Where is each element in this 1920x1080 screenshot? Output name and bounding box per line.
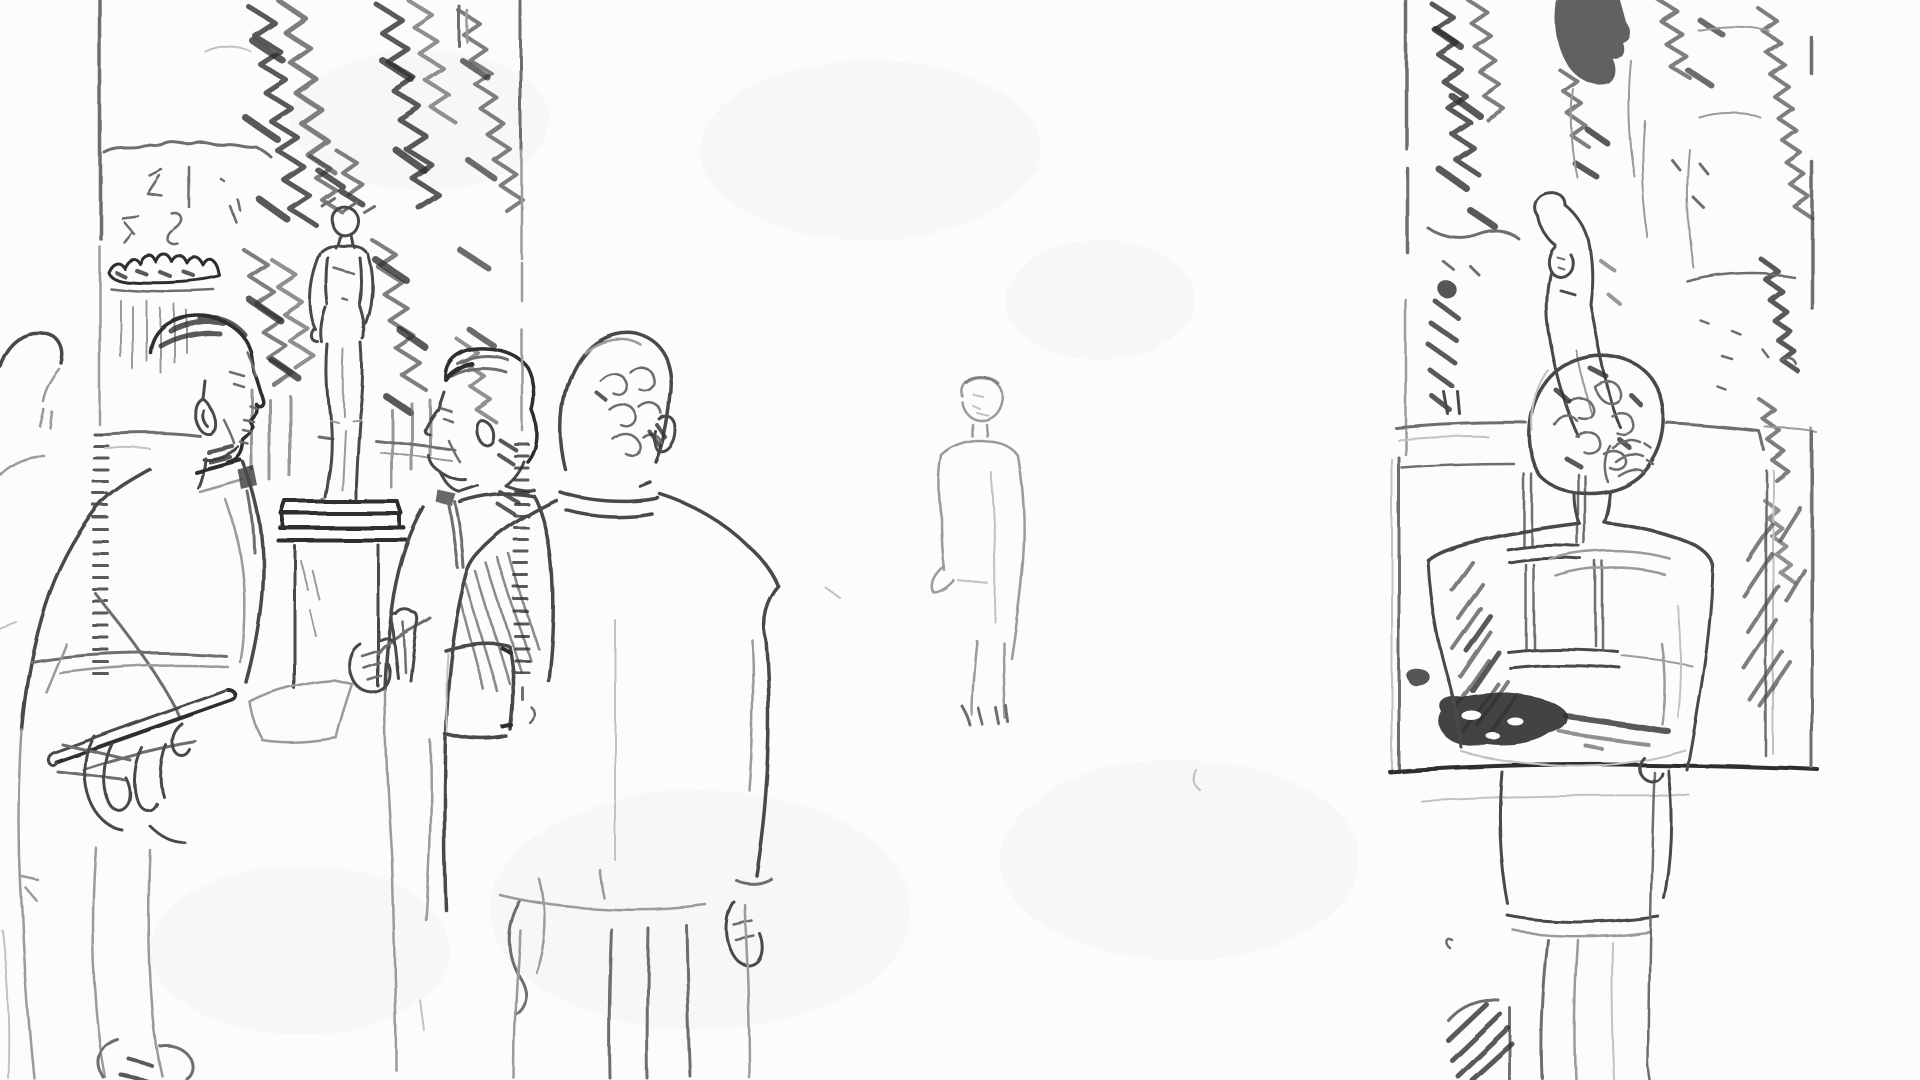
- frame-left-hatch: [94, 434, 108, 674]
- pe-mid: [521, 150, 522, 430]
- smudge-gap1: [1462, 711, 1482, 721]
- smudge-gap3: [1487, 734, 1501, 741]
- frame-left: [1406, 0, 1407, 252]
- sketch-canvas: [0, 0, 1920, 1080]
- smudge-gap2: [1508, 718, 1524, 726]
